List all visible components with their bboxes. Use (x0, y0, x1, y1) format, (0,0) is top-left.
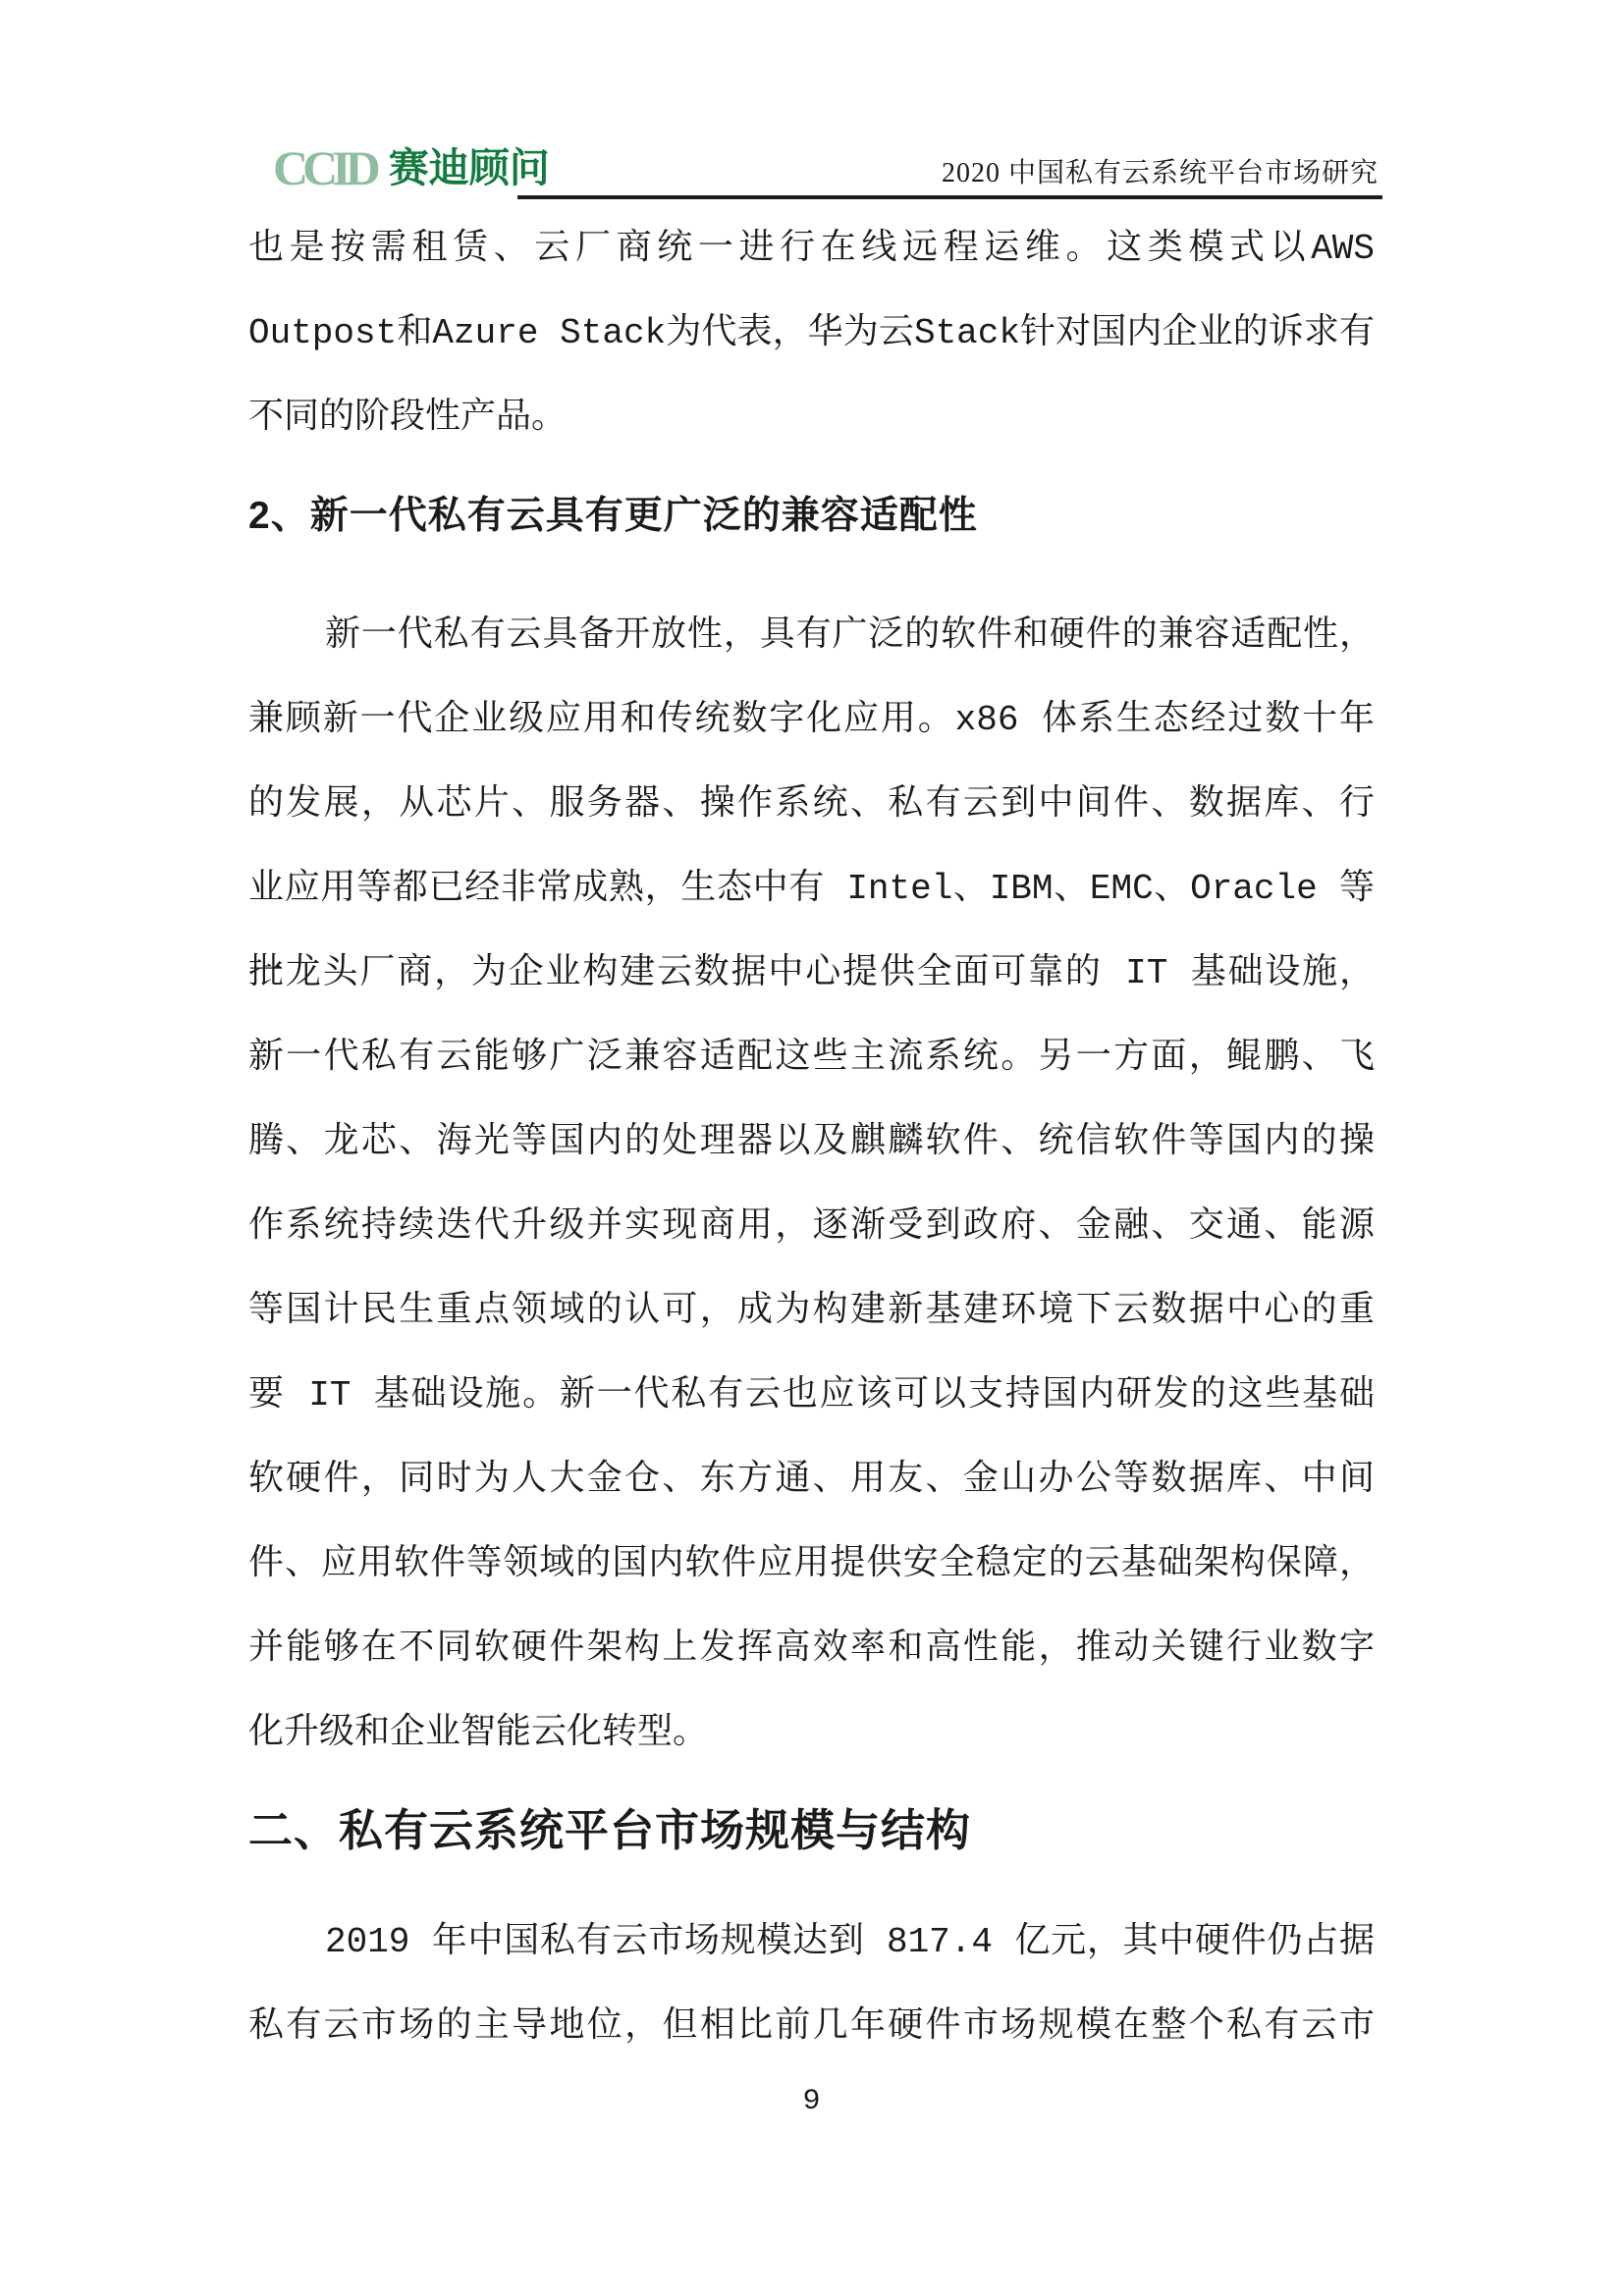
body-line: 兼顾新一代企业级应用和传统数字化应用。x86 体系生态经过数十年 (248, 678, 1375, 763)
body-line: 业应用等都已经非常成熟，生态中有 Intel、IBM、EMC、Oracle 等一 (248, 847, 1375, 932)
header-title: 2020 中国私有云系统平台市场研究 (942, 151, 1382, 195)
subsection-heading: 2、新一代私有云具有更广泛的兼容适配性 (248, 493, 1375, 540)
body-line: 作系统持续迭代升级并实现商用，逐渐受到政府、金融、交通、能源 (248, 1185, 1375, 1269)
body-line: 批龙头厂商，为企业构建云数据中心提供全面可靠的 IT 基础设施， (248, 932, 1375, 1016)
body-line: 的发展，从芯片、服务器、操作系统、私有云到中间件、数据库、行 (248, 763, 1375, 847)
page-number: 9 (0, 2085, 1623, 2118)
document-page: CCID 赛迪顾问 2020 中国私有云系统平台市场研究 也是按需租赁、云厂商统… (0, 0, 1623, 2296)
ccid-logo-latin: CCID (273, 140, 375, 195)
body-line: 等国计民生重点领域的认可，成为构建新基建环境下云数据中心的重 (248, 1269, 1375, 1354)
body-line: 2019 年中国私有云市场规模达到 817.4 亿元，其中硬件仍占据 (248, 1900, 1375, 1985)
header-rule: 2020 中国私有云系统平台市场研究 (517, 147, 1382, 199)
body-line: 并能够在不同软硬件架构上发挥高效率和高性能，推动关键行业数字 (248, 1607, 1375, 1691)
body-line: 新一代私有云能够广泛兼容适配这些主流系统。另一方面，鲲鹏、飞 (248, 1016, 1375, 1100)
body-line: 化升级和企业智能云化转型。 (248, 1691, 1375, 1776)
body-line: 也是按需租赁、云厂商统一进行在线远程运维。这类模式以AWS (248, 207, 1375, 292)
body-line: 软硬件，同时为人大金仓、东方通、用友、金山办公等数据库、中间 (248, 1438, 1375, 1522)
body-line: 新一代私有云具备开放性，具有广泛的软件和硬件的兼容适配性， (248, 594, 1375, 678)
body-line: 腾、龙芯、海光等国内的处理器以及麒麟软件、统信软件等国内的操 (248, 1100, 1375, 1185)
section-heading: 二、私有云系统平台市场规模与结构 (248, 1804, 1375, 1857)
ccid-logo: CCID 赛迪顾问 (273, 143, 550, 192)
body-line: 私有云市场的主导地位，但相比前几年硬件市场规模在整个私有云市 (248, 1985, 1375, 2069)
paragraph-1: 也是按需租赁、云厂商统一进行在线远程运维。这类模式以AWS Outpost和Az… (248, 207, 1375, 460)
paragraph-3: 2019 年中国私有云市场规模达到 817.4 亿元，其中硬件仍占据 私有云市场… (248, 1900, 1375, 2069)
body-line: Outpost和Azure Stack为代表，华为云Stack针对国内企业的诉求… (248, 292, 1375, 376)
paragraph-2: 新一代私有云具备开放性，具有广泛的软件和硬件的兼容适配性， 兼顾新一代企业级应用… (248, 594, 1375, 1776)
body-line: 件、应用软件等领域的国内软件应用提供安全稳定的云基础架构保障， (248, 1522, 1375, 1607)
body-line: 不同的阶段性产品。 (248, 376, 1375, 460)
body-line: 要 IT 基础设施。新一代私有云也应该可以支持国内研发的这些基础 (248, 1354, 1375, 1438)
